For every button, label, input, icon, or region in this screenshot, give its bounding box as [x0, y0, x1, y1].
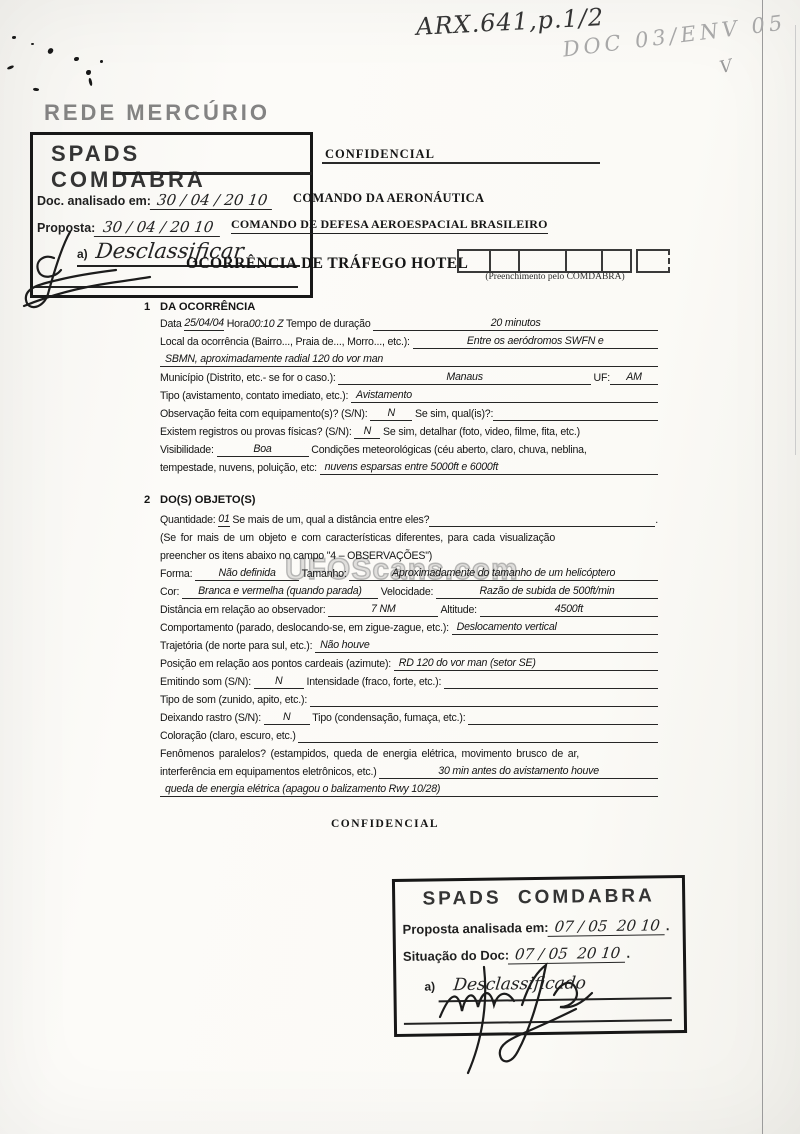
form-line-local: Local da ocorrência (Bairro..., Praia de… — [160, 331, 658, 349]
form-line-municipio: Município (Distrito, etc.- se for o caso… — [160, 367, 658, 385]
field-label: Tipo de som (zunido, apito, etc.): — [160, 693, 310, 707]
ink-speck — [47, 47, 54, 55]
form-line-queda: queda de energia elétrica (apagou o bali… — [160, 779, 658, 797]
blank-underline — [444, 688, 658, 689]
form-line-visibilidade: Visibilidade: Boa Condições meteorológic… — [160, 439, 658, 457]
field-label: Se sim, detalhar (foto, video, filme, fi… — [380, 425, 580, 439]
ink-speck — [100, 60, 103, 63]
scan-edge-line — [795, 25, 796, 455]
field-label: . — [655, 513, 658, 527]
blank-underline — [493, 420, 658, 421]
box-cell — [518, 249, 567, 273]
field-label: Coloração (claro, escuro, etc.) — [160, 729, 298, 743]
field-label: preencher os itens abaixo no campo "4 – … — [160, 549, 432, 563]
field-label: tempestade, nuvens, poluição, etc: — [160, 461, 320, 475]
field-label: Tipo (avistamento, contato imediato, etc… — [160, 389, 351, 403]
doc-analisado-value: 30 / 04 / 20 10 — [150, 191, 275, 210]
form-line-som: Emitindo som (S/N): N Intensidade (fraco… — [160, 671, 658, 689]
field-label: Tipo (condensação, fumaça, etc.): — [310, 711, 468, 725]
field-label: Hora — [224, 317, 249, 331]
field-value: Manaus — [338, 370, 590, 385]
field-value: SBMN, aproximadamente radial 120 do vor … — [160, 352, 658, 367]
field-label: Fenômenos paralelos? (estampidos, queda … — [160, 747, 579, 761]
form-line-data: Data 25/04/04 Hora 00:10 Z Tempo de dura… — [160, 313, 658, 331]
preenchimento-caption: (Preenchimento pelo COMDABRA) — [455, 272, 655, 282]
section-2: 2 DO(S) OBJETO(S) Quantidade: 01 Se mais… — [160, 488, 658, 797]
field-value: Razão de subida de 500ft/min — [436, 584, 658, 599]
ink-speck — [12, 36, 16, 39]
field-value: Boa — [217, 442, 309, 457]
field-value: N — [354, 424, 380, 439]
field-label: Trajetória (de norte para sul, etc.): — [160, 639, 315, 653]
form-line-observacao: Observação feita com equipamento(s)? (S/… — [160, 403, 658, 421]
field-label: Cor: — [160, 585, 182, 599]
ink-speck — [7, 65, 15, 70]
form-line-coloracao: Coloração (claro, escuro, etc.) — [160, 725, 658, 743]
blank-underline — [429, 526, 655, 527]
signature-scribble — [410, 955, 650, 1080]
form-line-registros: Existem registros ou provas físicas? (S/… — [160, 421, 658, 439]
field-label: Forma: — [160, 567, 195, 581]
scan-edge-line — [762, 0, 763, 1134]
field-value: Deslocamento vertical — [452, 620, 658, 635]
form-line-posicao: Posição em relação aos pontos cardeais (… — [160, 653, 658, 671]
section-1: 1 DA OCORRÊNCIA Data 25/04/04 Hora 00:10… — [160, 295, 658, 475]
field-value: 00:10 Z — [249, 317, 284, 331]
confidencial-header: CONFIDENCIAL — [325, 147, 435, 162]
form-line-tempestade: tempestade, nuvens, poluição, etc: nuven… — [160, 457, 658, 475]
form-line-tipo-som: Tipo de som (zunido, apito, etc.): — [160, 689, 658, 707]
form-line-local-2: SBMN, aproximadamente radial 120 do vor … — [160, 349, 658, 367]
field-label: Observação feita com equipamento(s)? (S/… — [160, 407, 370, 421]
ink-speck — [86, 70, 91, 75]
form-line-quantidade: Quantidade: 01 Se mais de um, qual a dis… — [160, 509, 658, 527]
field-label: Se mais de um, qual a distância entre el… — [230, 513, 430, 527]
proposta-analisada-label: Proposta analisada em: — [403, 920, 549, 937]
comando-defesa: COMANDO DE DEFESA AEROESPACIAL BRASILEIR… — [231, 217, 548, 234]
field-label: Tempo de duração — [283, 317, 373, 331]
blank-underline — [310, 706, 658, 707]
form-title: OCORRÊNCIA DE TRÁFEGO HOTEL — [186, 255, 468, 273]
field-label: Existem registros ou provas físicas? (S/… — [160, 425, 354, 439]
field-value: 20 minutos — [373, 316, 658, 331]
ink-speck — [31, 43, 34, 45]
field-label: Data — [160, 317, 184, 331]
field-label: Condições meteorológicas (céu aberto, cl… — [309, 443, 587, 457]
field-value: nuvens esparsas entre 5000ft e 6000ft — [320, 460, 658, 475]
field-label: Altitude: — [438, 603, 479, 617]
section-number: 2 — [144, 494, 160, 506]
field-label: Visibilidade: — [160, 443, 217, 457]
field-label: Posição em relação aos pontos cardeais (… — [160, 657, 394, 671]
field-label: Tamanho: — [299, 567, 349, 581]
form-line-trajetoria: Trajetória (de norte para sul, etc.): Nã… — [160, 635, 658, 653]
field-value: 30 min antes do avistamento houve — [379, 764, 658, 779]
section-title: DO(S) OBJETO(S) — [160, 494, 256, 506]
field-label: Distância em relação ao observador: — [160, 603, 328, 617]
field-value: N — [370, 406, 412, 421]
field-value: Avistamento — [351, 388, 658, 403]
field-value: 01 — [218, 512, 229, 527]
box-cell — [489, 249, 520, 273]
form-line-interferencia: interferência em equipamentos eletrônico… — [160, 761, 658, 779]
field-value: Não houve — [315, 638, 658, 653]
form-line-cor: Cor: Branca e vermelha (quando parada) V… — [160, 581, 658, 599]
rede-mercurio-stamp: REDE MERCÚRIO — [44, 100, 270, 126]
ink-speck — [88, 78, 93, 87]
blank-underline — [468, 724, 658, 725]
box-cell — [565, 249, 603, 273]
field-label: Município (Distrito, etc.- se for o caso… — [160, 371, 338, 385]
field-value: 4500ft — [480, 602, 658, 617]
box-cell — [636, 249, 670, 273]
field-label: UF: — [591, 371, 610, 385]
field-label: Local da ocorrência (Bairro..., Praia de… — [160, 335, 413, 349]
form-line-rastro: Deixando rastro (S/N): N Tipo (condensaç… — [160, 707, 658, 725]
blank-underline — [298, 742, 658, 743]
comando-aeronautica: COMANDO DA AERONÁUTICA — [293, 191, 484, 206]
form-line-fenomenos: Fenômenos paralelos? (estampidos, queda … — [160, 743, 658, 761]
form-line-nota-2: preencher os itens abaixo no campo "4 – … — [160, 545, 658, 563]
box-cell — [601, 249, 632, 273]
field-label: Intensidade (fraco, forte, etc.): — [304, 675, 444, 689]
document-page: ARX.641,p.1/2 DOC 03/ENV 05 V REDE MERCÚ… — [0, 0, 800, 1134]
field-value: 7 NM — [328, 602, 438, 617]
field-label: Velocidade: — [378, 585, 436, 599]
field-value: 25/04/04 — [184, 316, 224, 331]
form-line-comportamento: Comportamento (parado, deslocando-se, em… — [160, 617, 658, 635]
field-value: AM — [610, 370, 658, 385]
annotation-check-mark: V — [718, 56, 734, 78]
ink-speck — [33, 88, 39, 92]
field-value: queda de energia elétrica (apagou o bali… — [160, 782, 658, 797]
field-label: Deixando rastro (S/N): — [160, 711, 264, 725]
field-label: Se sim, qual(is)?: — [412, 407, 493, 421]
field-value: Entre os aeródromos SWFN e — [413, 334, 658, 349]
header-rule — [322, 162, 600, 164]
box-cell — [457, 249, 491, 273]
section-title: DA OCORRÊNCIA — [160, 301, 255, 313]
field-value: RD 120 do vor man (setor SE) — [394, 656, 658, 671]
comdabra-fill-boxes — [457, 249, 670, 273]
field-label: Comportamento (parado, deslocando-se, em… — [160, 621, 452, 635]
ink-speck — [74, 57, 79, 61]
form-line-nota: (Se for mais de um objeto e com caracter… — [160, 527, 658, 545]
field-value: Aproximadamente do tamanho de um helicóp… — [349, 566, 658, 581]
form-line-distancia: Distância em relação ao observador: 7 NM… — [160, 599, 658, 617]
section-heading: 2 DO(S) OBJETO(S) — [144, 488, 658, 506]
stamp-title: SPADS COMDABRA — [395, 885, 682, 911]
doc-analisado-label: Doc. analisado em: — [37, 194, 151, 208]
section-heading: 1 DA OCORRÊNCIA — [144, 295, 658, 313]
field-value: N — [264, 710, 310, 725]
field-value: N — [254, 674, 304, 689]
field-value: Branca e vermelha (quando parada) — [182, 584, 378, 599]
field-label: Quantidade: — [160, 513, 218, 527]
field-value: Não definida — [195, 566, 299, 581]
confidencial-footer: CONFIDENCIAL — [331, 818, 439, 830]
field-label: interferência em equipamentos eletrônico… — [160, 765, 379, 779]
stamp-rule — [113, 172, 312, 175]
section-number: 1 — [144, 301, 160, 313]
signature-scribble — [18, 228, 158, 313]
field-label: (Se for mais de um objeto e com caracter… — [160, 531, 555, 545]
stamp-title: SPADS COMDABRA — [51, 141, 310, 193]
proposta-analisada-value: 07 / 05 20 10 — [548, 916, 667, 937]
field-label: Emitindo som (S/N): — [160, 675, 254, 689]
form-line-forma: Forma: Não definida Tamanho: Aproximadam… — [160, 563, 658, 581]
form-line-tipo: Tipo (avistamento, contato imediato, etc… — [160, 385, 658, 403]
